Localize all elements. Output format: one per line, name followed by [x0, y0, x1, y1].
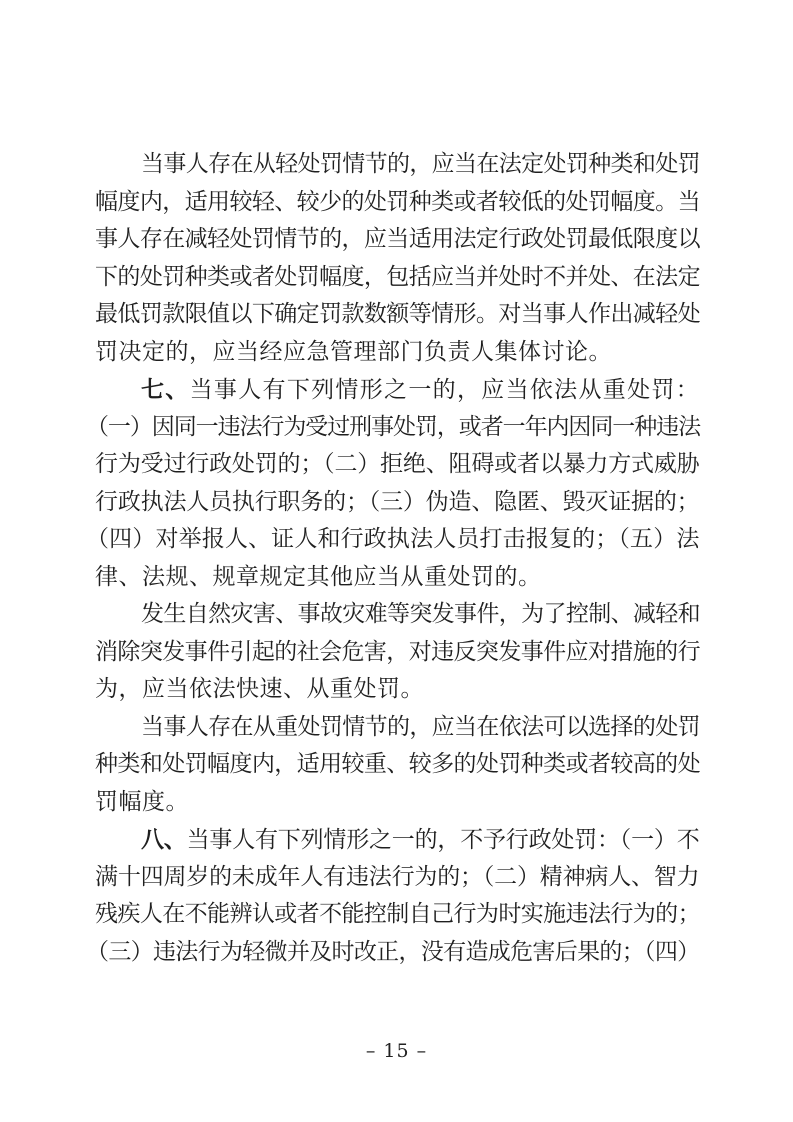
text-line-content: 满十四周岁的未成年人有违法行为的；（二）精神病人、智力: [95, 864, 700, 890]
text-line-content: （四）对举报人、证人和行政执法人员打击报复的；（五）法: [86, 526, 700, 552]
text-line-content: 发生自然灾害、事故灾难等突发事件，为了控制、减轻和: [141, 601, 700, 627]
text-line: 罚决定的，应当经应急管理部门负责人集体讨论。: [95, 334, 700, 372]
text-line-content: （一）因同一违法行为受过刑事处罚，或者一年内因同一种违法: [86, 414, 700, 440]
text-line-content: （三）违法行为轻微并及时改正，没有造成危害后果的；（四）: [86, 939, 700, 965]
text-line: 消除突发事件引起的社会危害，对违反突发事件应对措施的行: [95, 634, 700, 672]
text-line: 残疾人在不能辨认或者不能控制自己行为时实施违法行为的；: [95, 896, 700, 934]
text-line: 为，应当依法快速、从重处罚。: [95, 671, 700, 709]
text-line: 种类和处罚幅度内，适用较重、较多的处罚种类或者较高的处: [95, 746, 700, 784]
text-line: 事人存在减轻处罚情节的，应当适用法定行政处罚最低限度以: [95, 221, 700, 259]
text-line-content: 罚决定的，应当经应急管理部门负责人集体讨论。: [95, 339, 612, 365]
text-line-content: 八、当事人有下列情形之一的，不予行政处罚：（一）不: [141, 827, 700, 853]
text-line-content: 消除突发事件引起的社会危害，对违反突发事件应对措施的行: [95, 639, 700, 665]
text-line-content: 为，应当依法快速、从重处罚。: [95, 676, 424, 702]
text-line-content: 种类和处罚幅度内，适用较重、较多的处罚种类或者较高的处: [95, 751, 700, 777]
text-line-content: 律、法规、规章规定其他应当从重处罚的。: [95, 564, 542, 590]
text-line: （三）违法行为轻微并及时改正，没有造成危害后果的；（四）: [86, 934, 700, 972]
text-line-content: 当事人存在从轻处罚情节的，应当在法定处罚种类和处罚: [141, 151, 700, 177]
text-line: （四）对举报人、证人和行政执法人员打击报复的；（五）法: [86, 521, 700, 559]
text-line: 七、当事人有下列情形之一的，应当依法从重处罚：: [95, 371, 700, 409]
text-line-content: 行为受过行政处罚的；（二）拒绝、阻碍或者以暴力方式威胁: [95, 451, 700, 477]
text-line-content: 最低罚款限值以下确定罚款数额等情形。对当事人作出减轻处: [95, 301, 700, 327]
text-line-content: 事人存在减轻处罚情节的，应当适用法定行政处罚最低限度以: [95, 226, 700, 252]
text-line: 当事人存在从轻处罚情节的，应当在法定处罚种类和处罚: [95, 146, 700, 184]
text-line: 幅度内，适用较轻、较少的处罚种类或者较低的处罚幅度。当: [95, 184, 700, 222]
text-line: 最低罚款限值以下确定罚款数额等情形。对当事人作出减轻处: [95, 296, 700, 334]
text-line: （一）因同一违法行为受过刑事处罚，或者一年内因同一种违法: [86, 409, 700, 447]
text-line: 罚幅度。: [95, 784, 700, 822]
text-line: 下的处罚种类或者处罚幅度，包括应当并处时不并处、在法定: [95, 259, 700, 297]
text-line-content: 罚幅度。: [95, 789, 189, 815]
text-line-content: 下的处罚种类或者处罚幅度，包括应当并处时不并处、在法定: [95, 264, 700, 290]
document-body: 当事人存在从轻处罚情节的，应当在法定处罚种类和处罚幅度内，适用较轻、较少的处罚种…: [95, 146, 700, 971]
item-number: 八、: [141, 826, 187, 853]
text-line: 满十四周岁的未成年人有违法行为的；（二）精神病人、智力: [95, 859, 700, 897]
text-line: 行政执法人员执行职务的；（三）伪造、隐匿、毁灭证据的；: [95, 484, 700, 522]
text-line-content: 残疾人在不能辨认或者不能控制自己行为时实施违法行为的；: [95, 901, 700, 927]
text-line: 发生自然灾害、事故灾难等突发事件，为了控制、减轻和: [95, 596, 700, 634]
page-number: – 15 –: [0, 1040, 793, 1062]
text-line: 律、法规、规章规定其他应当从重处罚的。: [95, 559, 700, 597]
text-line: 行为受过行政处罚的；（二）拒绝、阻碍或者以暴力方式威胁: [95, 446, 700, 484]
text-line-content: 七、当事人有下列情形之一的，应当依法从重处罚：: [141, 377, 700, 403]
text-line-content: 当事人存在从重处罚情节的，应当在依法可以选择的处罚: [141, 714, 700, 740]
text-line: 当事人存在从重处罚情节的，应当在依法可以选择的处罚: [95, 709, 700, 747]
item-number: 七、: [141, 376, 190, 403]
text-line: 八、当事人有下列情形之一的，不予行政处罚：（一）不: [95, 821, 700, 859]
text-line-content: 幅度内，适用较轻、较少的处罚种类或者较低的处罚幅度。当: [95, 189, 700, 215]
document-page: 当事人存在从轻处罚情节的，应当在法定处罚种类和处罚幅度内，适用较轻、较少的处罚种…: [0, 0, 793, 1122]
text-line-content: 行政执法人员执行职务的；（三）伪造、隐匿、毁灭证据的；: [95, 489, 700, 515]
